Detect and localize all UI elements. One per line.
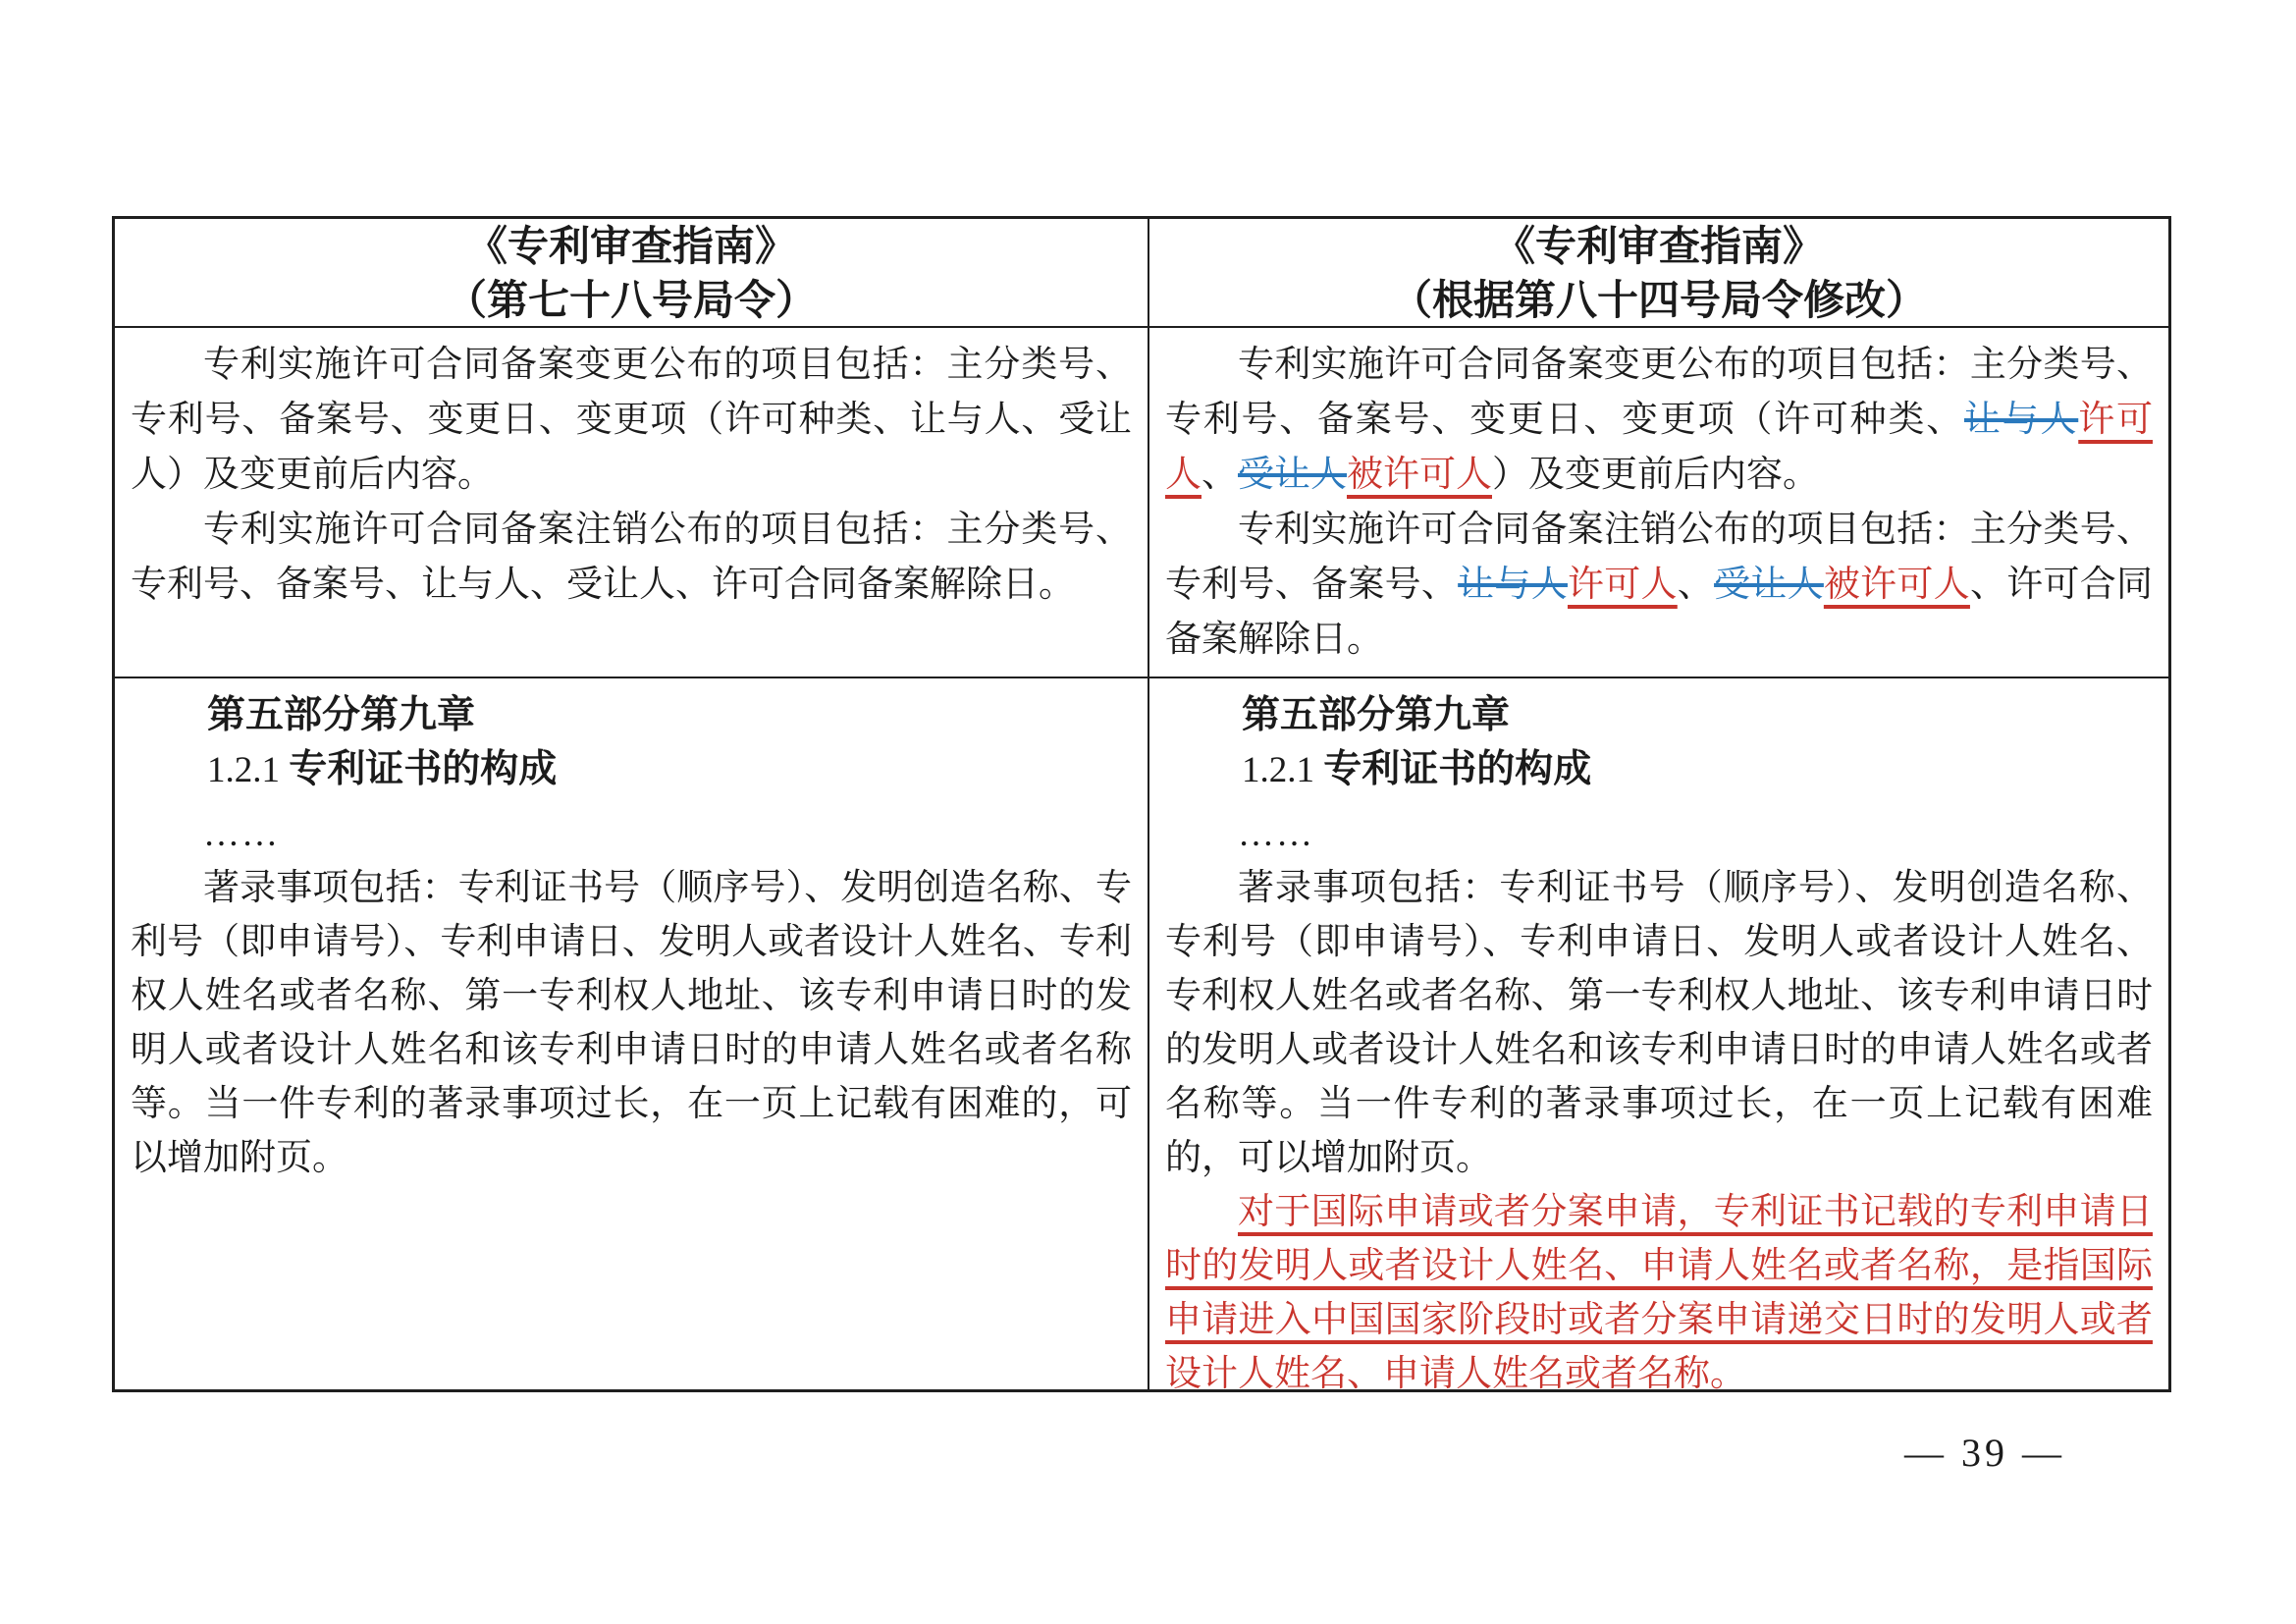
comparison-table: 《专利审查指南》 （第七十八号局令） 《专利审查指南》 （根据第八十四号局令修改… <box>112 216 2171 1392</box>
inserted-text: 被许可人 <box>1347 455 1492 495</box>
deleted-text: 受让人 <box>1238 455 1347 495</box>
cell-old-row2: 第五部分第九章1.2.1 专利证书的构成……著录事项包括：专利证书号（顺序号）、… <box>115 678 1149 1389</box>
text-run: 专利证书的构成 <box>289 748 557 790</box>
header-title-line1: 《专利审查指南》 <box>466 219 796 273</box>
section-heading: 第五部分第九章 <box>1165 688 2153 742</box>
text-run: …… <box>203 814 280 854</box>
cell-revised-row2: 第五部分第九章1.2.1 专利证书的构成……著录事项包括：专利证书号（顺序号）、… <box>1149 678 2168 1389</box>
paragraph: 著录事项包括：专利证书号（顺序号）、发明创造名称、专利号（即申请号）、专利申请日… <box>131 861 1132 1185</box>
text-run: 著录事项包括：专利证书号（顺序号）、发明创造名称、专利号（即申请号）、专利申请日… <box>1165 868 2153 1178</box>
inserted-text: 许可人 <box>1568 565 1678 605</box>
header-title-line2: （根据第八十四号局令修改） <box>1391 273 1927 327</box>
section-heading: 1.2.1 专利证书的构成 <box>131 742 1132 797</box>
cell-old-row1: 专利实施许可合同备案变更公布的项目包括：主分类号、专利号、备案号、变更日、变更项… <box>115 328 1149 678</box>
text-run: 著录事项包括：专利证书号（顺序号）、发明创造名称、专利号（即申请号）、专利申请日… <box>131 868 1132 1178</box>
table-header-revised-version: 《专利审查指南》 （根据第八十四号局令修改） <box>1149 219 2168 328</box>
table-header-old-version: 《专利审查指南》 （第七十八号局令） <box>115 219 1149 328</box>
section-heading: 第五部分第九章 <box>131 688 1132 742</box>
deleted-text: 让与人 <box>1458 565 1568 605</box>
text-run: …… <box>1238 814 1314 854</box>
cell-revised-row1: 专利实施许可合同备案变更公布的项目包括：主分类号、专利号、备案号、变更日、变更项… <box>1149 328 2168 678</box>
inserted-text: 被许可人 <box>1824 565 1970 605</box>
text-run: 1.2.1 <box>207 750 289 790</box>
text-run: 、 <box>1678 565 1714 605</box>
text-run: 专利实施许可合同备案变更公布的项目包括：主分类号、专利号、备案号、变更日、变更项… <box>131 345 1132 495</box>
paragraph: …… <box>1165 807 2153 861</box>
paragraph: 专利实施许可合同备案变更公布的项目包括：主分类号、专利号、备案号、变更日、变更项… <box>131 338 1132 503</box>
deleted-text: 受让人 <box>1714 565 1824 605</box>
paragraph: 专利实施许可合同备案注销公布的项目包括：主分类号、专利号、备案号、让与人、受让人… <box>131 503 1132 613</box>
paragraph: …… <box>131 807 1132 861</box>
text-run: 第五部分第九章 <box>1242 694 1510 736</box>
page-number: — 39 — <box>1904 1432 2065 1475</box>
text-run: 第五部分第九章 <box>207 694 475 736</box>
text-run: 专利实施许可合同备案注销公布的项目包括：主分类号、专利号、备案号、让与人、受让人… <box>131 510 1132 605</box>
paragraph: 专利实施许可合同备案注销公布的项目包括：主分类号、专利号、备案号、让与人许可人、… <box>1165 503 2153 668</box>
document-page: 《专利审查指南》 （第七十八号局令） 《专利审查指南》 （根据第八十四号局令修改… <box>0 0 2296 1624</box>
inserted-paragraph: 对于国际申请或者分案申请，专利证书记载的专利申请日时的发明人或者设计人姓名、申请… <box>1165 1185 2153 1389</box>
text-run: 1.2.1 <box>1242 750 1323 790</box>
section-heading: 1.2.1 专利证书的构成 <box>1165 742 2153 797</box>
header-title-line2: （第七十八号局令） <box>446 273 817 327</box>
deleted-text: 让与人 <box>1964 400 2078 440</box>
inserted-text: 对于国际申请或者分案申请，专利证书记载的专利申请日时的发明人或者设计人姓名、申请… <box>1165 1192 2153 1389</box>
text-run: ）及变更前后内容。 <box>1492 455 1819 495</box>
paragraph: 著录事项包括：专利证书号（顺序号）、发明创造名称、专利号（即申请号）、专利申请日… <box>1165 861 2153 1185</box>
text-run: 、 <box>1201 455 1238 495</box>
text-run: 专利证书的构成 <box>1323 748 1591 790</box>
header-title-line1: 《专利审查指南》 <box>1494 219 1824 273</box>
paragraph: 专利实施许可合同备案变更公布的项目包括：主分类号、专利号、备案号、变更日、变更项… <box>1165 338 2153 503</box>
